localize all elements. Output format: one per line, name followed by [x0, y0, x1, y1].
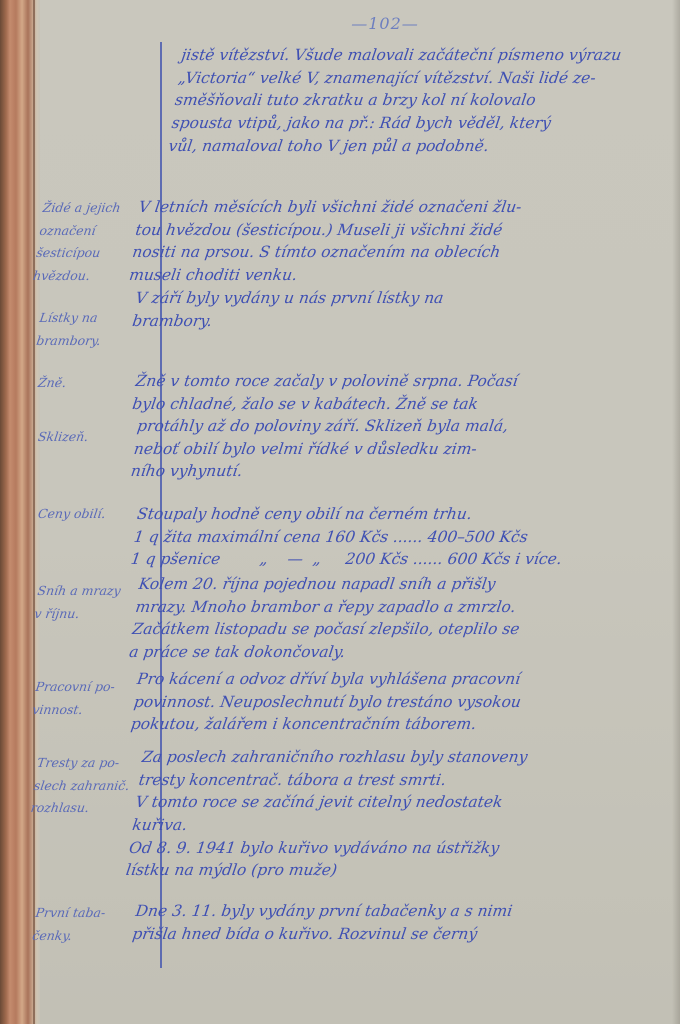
margin-note-line: Pracovní po- — [34, 676, 117, 699]
text-line: V tomto roce se začíná jevit citelný ned… — [134, 791, 667, 814]
text-line: tresty koncentrač. tábora a trest smrti. — [137, 769, 670, 792]
text-line: Dne 3. 11. byly vydány první tabačenky a… — [134, 900, 667, 923]
text-line: spousta vtipů, jako na př.: Rád bych věd… — [170, 112, 680, 135]
margin-note-line: Žně. — [36, 372, 119, 395]
margin-note-crop: Sklizeň. — [36, 426, 119, 449]
margin-note-line: čenky. — [31, 925, 114, 948]
text-line: jistě vítězství. Všude malovali začátečn… — [180, 44, 680, 67]
text-line: lístku na mýdlo (pro muže) — [124, 859, 657, 882]
text-line: Kolem 20. října pojednou napadl sníh a p… — [137, 573, 670, 596]
text-line: neboť obilí bylo velmi řídké v důsledku … — [132, 438, 665, 461]
margin-note-line: brambory. — [35, 330, 118, 353]
text-line: Stoupaly hodně ceny obilí na černém trhu… — [136, 503, 669, 526]
paragraph-harvest: Žně v tomto roce začaly v polovině srpna… — [131, 370, 667, 415]
margin-note-harvest: Žně. — [36, 372, 119, 395]
margin-note-line: hvězdou. — [32, 265, 115, 288]
text-line: ního vyhynutí. — [129, 460, 662, 483]
text-line: Začátkem listopadu se počasí zlepšilo, o… — [131, 618, 664, 641]
text-line: protáhly až do poloviny září. Sklizeň by… — [136, 415, 669, 438]
margin-note-line: Židé a jejich — [41, 197, 124, 220]
text-line: „Victoria“ velké V, znamenající vítězstv… — [177, 67, 680, 90]
text-line: 1 q žita maximální cena 160 Kčs ...... 4… — [132, 526, 665, 549]
text-line: povinnost. Neuposlechnutí bylo trestáno … — [132, 691, 665, 714]
margin-note-line: Ceny obilí. — [36, 503, 119, 526]
margin-note-jews: Židé a jejich označení šesticípou hvězdo… — [32, 197, 125, 287]
text-line: přišla hned bída o kuřivo. Rozvinul se č… — [131, 923, 664, 946]
margin-note-potato-tickets: Lístky na brambory. — [35, 307, 121, 352]
margin-note-line: Tresty za po- — [36, 752, 119, 775]
margin-note-line: Sníh a mrazy — [36, 580, 119, 603]
text-line: brambory. — [131, 310, 664, 333]
text-line: Za poslech zahraničního rozhlasu byly st… — [140, 746, 673, 769]
paragraph-victoria: jistě vítězství. Všude malovali začátečn… — [167, 44, 680, 157]
paragraph-snow-frost: Kolem 20. října pojednou napadl sníh a p… — [128, 573, 671, 664]
text-line: Od 8. 9. 1941 bylo kuřivo vydáváno na ús… — [128, 837, 661, 860]
text-line: a práce se tak dokončovaly. — [128, 641, 661, 664]
paragraph-labour-duty: Pro kácení a odvoz dříví byla vyhlášena … — [129, 668, 669, 736]
margin-note-radio-penalties: Tresty za po- slech zahranič. rozhlasu. — [29, 752, 118, 820]
paragraph-tobacco-cards: Dne 3. 11. byly vydány první tabačenky a… — [131, 900, 667, 945]
paragraph-potato-tickets: V září byly vydány u nás první lístky na… — [131, 287, 667, 332]
margin-note-labour-duty: Pracovní po- vinnost. — [31, 676, 117, 721]
text-line: směšňovali tuto zkratku a brzy kol ní ko… — [173, 89, 680, 112]
text-line: bylo chladné, žalo se v kabátech. Žně se… — [131, 393, 664, 416]
paragraph-jews-star: V letních měsících byli všichni židé ozn… — [128, 196, 671, 287]
margin-note-line: šesticípou — [35, 242, 118, 265]
book-binding — [0, 0, 40, 1024]
margin-note-tobacco-cards: První taba- čenky. — [31, 902, 117, 947]
paragraph-radio-penalties: Za poslech zahraničního rozhlasu byly st… — [124, 746, 673, 882]
margin-note-snow-frost: Sníh a mrazy v říjnu. — [33, 580, 119, 625]
paragraph-crop: protáhly až do poloviny září. Sklizeň by… — [129, 415, 669, 483]
text-line: kuřiva. — [131, 814, 664, 837]
text-line: vůl, namaloval toho V jen půl a podobně. — [167, 135, 680, 158]
text-line: V letních měsících byli všichni židé ozn… — [137, 196, 670, 219]
paragraph-grain-prices: Stoupaly hodně ceny obilí na černém trhu… — [129, 503, 669, 571]
margin-note-line: rozhlasu. — [29, 797, 112, 820]
text-line: V září byly vydány u nás první lístky na — [134, 287, 667, 310]
text-line: mrazy. Mnoho brambor a řepy zapadlo a zm… — [134, 596, 667, 619]
text-line: nositi na prsou. S tímto označením na ob… — [131, 241, 664, 264]
margin-note-line: vinnost. — [31, 699, 114, 722]
margin-note-line: označení — [38, 220, 121, 243]
margin-note-grain-prices: Ceny obilí. — [36, 503, 119, 526]
text-line: Žně v tomto roce začaly v polovině srpna… — [134, 370, 667, 393]
text-line: 1 q pšenice „ — „ 200 Kčs ...... 600 Kčs… — [129, 548, 662, 571]
text-line: museli choditi venku. — [128, 264, 661, 287]
margin-note-line: Lístky na — [38, 307, 121, 330]
page-number: —102— — [345, 14, 425, 33]
notebook-page: —102— jistě vítězství. Všude malovali za… — [40, 0, 680, 1024]
margin-note-line: První taba- — [34, 902, 117, 925]
margin-note-line: Sklizeň. — [36, 426, 119, 449]
margin-note-line: slech zahranič. — [32, 775, 115, 798]
text-line: tou hvězdou (šesticípou.) Museli ji všic… — [134, 219, 667, 242]
text-line: Pro kácení a odvoz dříví byla vyhlášena … — [136, 668, 669, 691]
margin-note-line: v říjnu. — [33, 603, 116, 626]
text-line: pokutou, žalářem i koncentračním táborem… — [129, 713, 662, 736]
